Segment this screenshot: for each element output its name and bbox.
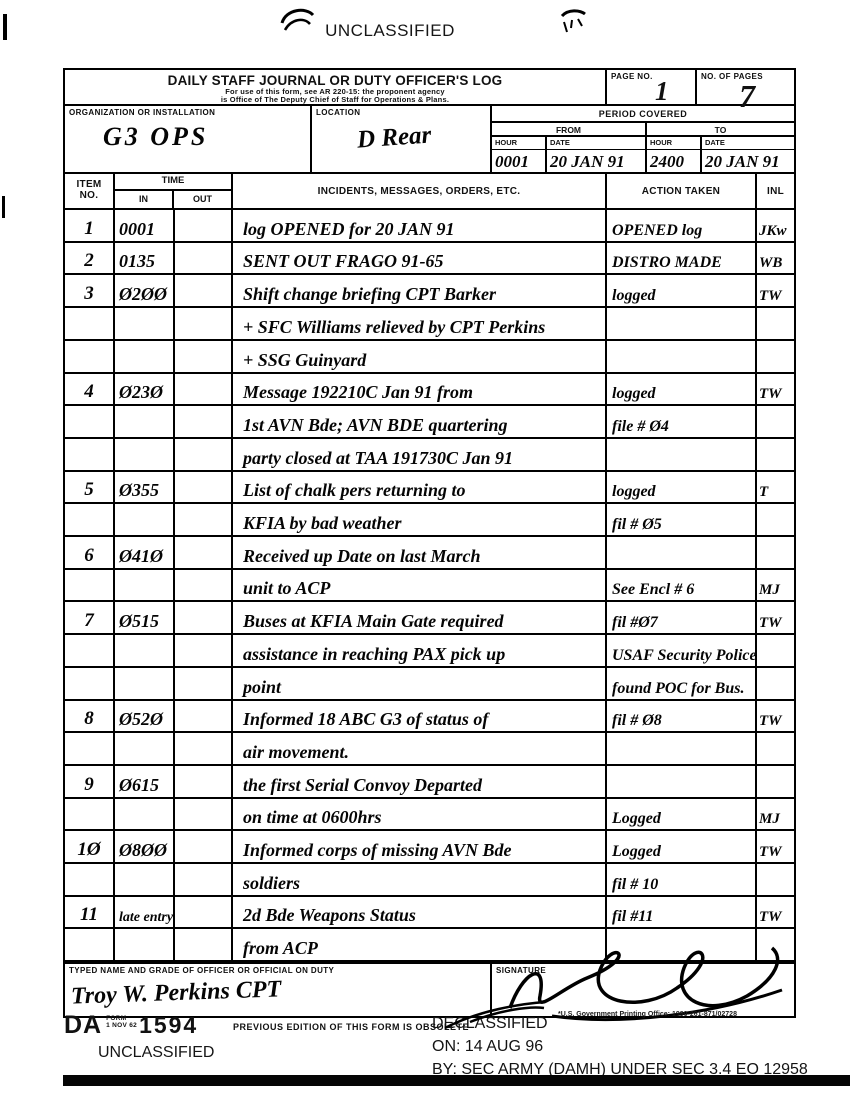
from-hour-label: HOUR <box>492 137 545 150</box>
classification-footer: UNCLASSIFIED <box>98 1044 214 1062</box>
declass-line-2: ON: 14 AUG 96 <box>432 1035 808 1058</box>
log-line: 3Ø2ØØShift change briefing CPT Barkerlog… <box>65 275 794 308</box>
log-cell-incident: 1st AVN Bde; AVN BDE quartering <box>233 406 607 437</box>
log-cell-out <box>175 733 233 764</box>
log-cell-item: 1Ø <box>65 831 115 862</box>
log-cell-action <box>607 341 757 372</box>
typed-name-value: Troy W. Perkins CPT <box>71 976 282 1010</box>
form-title-block: DAILY STAFF JOURNAL OR DUTY OFFICER'S LO… <box>65 70 607 106</box>
log-cell-incident: Buses at KFIA Main Gate required <box>233 602 607 633</box>
column-header-time: TIME IN OUT <box>115 174 233 210</box>
no-of-pages-value: 7 <box>739 78 755 115</box>
scan-bar-bottom <box>63 1075 850 1086</box>
log-cell-action <box>607 308 757 339</box>
organization-value: G3 OPS <box>103 122 208 152</box>
log-cell-in <box>115 733 175 764</box>
log-line: 4Ø23ØMessage 192210C Jan 91 fromloggedTW <box>65 374 794 407</box>
log-cell-out <box>175 439 233 470</box>
classification-header: UNCLASSIFIED <box>0 21 780 41</box>
log-cell-incident: air movement. <box>233 733 607 764</box>
log-line: pointfound POC for Bus. <box>65 668 794 701</box>
form-subtitle-2: is Office of The Deputy Chief of Staff f… <box>65 96 605 104</box>
log-cell-incident: on time at 0600hrs <box>233 799 607 830</box>
log-cell-out <box>175 570 233 601</box>
log-cell-inl: MJ <box>757 799 794 830</box>
column-header-inl: INL <box>757 174 794 210</box>
log-cell-incident: soldiers <box>233 864 607 895</box>
log-cell-in <box>115 864 175 895</box>
log-cell-item <box>65 504 115 535</box>
to-date-value: 20 JAN 91 <box>702 150 794 172</box>
log-cell-action: Logged <box>607 799 757 830</box>
log-line: assistance in reaching PAX pick upUSAF S… <box>65 635 794 668</box>
log-cell-in: late entry <box>115 897 175 928</box>
log-cell-out <box>175 799 233 830</box>
log-cell-action: fil # 10 <box>607 864 757 895</box>
log-line: + SFC Williams relieved by CPT Perkins <box>65 308 794 341</box>
log-cell-incident: party closed at TAA 191730C Jan 91 <box>233 439 607 470</box>
log-line: 20135SENT OUT FRAGO 91-65DISTRO MADEWB <box>65 243 794 276</box>
form-title-row: DAILY STAFF JOURNAL OR DUTY OFFICER'S LO… <box>65 70 794 106</box>
log-cell-out <box>175 341 233 372</box>
log-cell-inl <box>757 537 794 568</box>
log-cell-in <box>115 635 175 666</box>
log-cell-in: Ø2ØØ <box>115 275 175 306</box>
time-out-label: OUT <box>174 191 231 208</box>
location-value: D Rear <box>356 121 432 154</box>
page-no-label: PAGE NO. <box>607 70 695 81</box>
log-cell-out <box>175 668 233 699</box>
log-cell-item: 9 <box>65 766 115 797</box>
form-header-row: ORGANIZATION OR INSTALLATION G3 OPS LOCA… <box>65 106 794 174</box>
log-cell-inl: JKw <box>757 210 794 241</box>
log-cell-action: See Encl # 6 <box>607 570 757 601</box>
form-id-prefix: DA <box>64 1011 102 1040</box>
log-line: soldiersfil # 10 <box>65 864 794 897</box>
log-cell-in <box>115 799 175 830</box>
organization-label: ORGANIZATION OR INSTALLATION <box>65 106 310 117</box>
log-line: on time at 0600hrsLoggedMJ <box>65 799 794 832</box>
log-cell-out <box>175 635 233 666</box>
log-cell-item <box>65 929 115 960</box>
log-cell-in <box>115 504 175 535</box>
log-cell-out <box>175 472 233 503</box>
log-cell-in <box>115 439 175 470</box>
column-header-incidents: INCIDENTS, MESSAGES, ORDERS, ETC. <box>233 174 607 210</box>
log-cell-inl <box>757 308 794 339</box>
log-cell-action: found POC for Bus. <box>607 668 757 699</box>
log-cell-inl: TW <box>757 374 794 405</box>
from-date-label: DATE <box>547 137 645 150</box>
log-cell-out <box>175 243 233 274</box>
log-cell-item <box>65 635 115 666</box>
log-cell-item: 5 <box>65 472 115 503</box>
log-cell-action: DISTRO MADE <box>607 243 757 274</box>
log-cell-out <box>175 602 233 633</box>
log-cell-in: 0001 <box>115 210 175 241</box>
log-cell-incident: point <box>233 668 607 699</box>
log-cell-item: 11 <box>65 897 115 928</box>
log-cell-in: Ø515 <box>115 602 175 633</box>
log-cell-incident: unit to ACP <box>233 570 607 601</box>
log-cell-item: 3 <box>65 275 115 306</box>
log-line: + SSG Guinyard <box>65 341 794 374</box>
log-cell-inl <box>757 504 794 535</box>
log-cell-action: fil # Ø8 <box>607 701 757 732</box>
log-cell-out <box>175 929 233 960</box>
location-label: LOCATION <box>312 106 490 117</box>
log-cell-incident: the first Serial Convoy Departed <box>233 766 607 797</box>
page-no-value: 1 <box>655 76 669 107</box>
form-id-block: DA FORM 1 NOV 62 1594 <box>64 1011 198 1040</box>
log-cell-inl <box>757 406 794 437</box>
log-cell-in <box>115 341 175 372</box>
log-line: unit to ACPSee Encl # 6MJ <box>65 570 794 603</box>
no-of-pages-box: NO. OF PAGES 7 <box>697 70 794 106</box>
location-box: LOCATION D Rear <box>312 106 492 174</box>
log-cell-item <box>65 864 115 895</box>
form-title: DAILY STAFF JOURNAL OR DUTY OFFICER'S LO… <box>65 73 605 88</box>
log-cell-item <box>65 799 115 830</box>
from-date-value: 20 JAN 91 <box>547 150 645 172</box>
log-cell-inl <box>757 439 794 470</box>
log-cell-out <box>175 275 233 306</box>
log-cell-inl <box>757 864 794 895</box>
log-line: 1st AVN Bde; AVN BDE quarteringfile # Ø4 <box>65 406 794 439</box>
log-line: 6Ø41ØReceived up Date on last March <box>65 537 794 570</box>
log-cell-incident: assistance in reaching PAX pick up <box>233 635 607 666</box>
log-line: air movement. <box>65 733 794 766</box>
log-cell-in: Ø41Ø <box>115 537 175 568</box>
log-cell-inl: T <box>757 472 794 503</box>
log-cell-out <box>175 374 233 405</box>
log-line: 10001log OPENED for 20 JAN 91OPENED logJ… <box>65 210 794 243</box>
log-cell-out <box>175 504 233 535</box>
log-cell-out <box>175 537 233 568</box>
log-cell-in: 0135 <box>115 243 175 274</box>
log-cell-action <box>607 439 757 470</box>
log-cell-item <box>65 668 115 699</box>
log-cell-incident: Informed corps of missing AVN Bde <box>233 831 607 862</box>
log-cell-action <box>607 733 757 764</box>
organization-box: ORGANIZATION OR INSTALLATION G3 OPS <box>65 106 312 174</box>
da-form-1594: DAILY STAFF JOURNAL OR DUTY OFFICER'S LO… <box>63 68 796 1018</box>
log-cell-inl <box>757 341 794 372</box>
page-no-box: PAGE NO. 1 <box>607 70 697 106</box>
log-cell-in <box>115 668 175 699</box>
log-cell-action: fil #Ø7 <box>607 602 757 633</box>
log-cell-item <box>65 733 115 764</box>
log-cell-item <box>65 308 115 339</box>
log-column-headers: ITEM NO. TIME IN OUT INCIDENTS, MESSAGES… <box>65 174 794 210</box>
to-hour-label: HOUR <box>647 137 700 150</box>
form-id-edition: FORM 1 NOV 62 <box>106 1015 137 1029</box>
log-cell-incident: Received up Date on last March <box>233 537 607 568</box>
log-cell-incident: log OPENED for 20 JAN 91 <box>233 210 607 241</box>
log-cell-action: OPENED log <box>607 210 757 241</box>
log-cell-out <box>175 897 233 928</box>
log-cell-inl <box>757 635 794 666</box>
log-cell-in: Ø355 <box>115 472 175 503</box>
log-line: 5Ø355List of chalk pers returning tologg… <box>65 472 794 505</box>
log-cell-item: 4 <box>65 374 115 405</box>
log-cell-action: USAF Security Police <box>607 635 757 666</box>
log-cell-out <box>175 864 233 895</box>
log-line: party closed at TAA 191730C Jan 91 <box>65 439 794 472</box>
log-cell-incident: Shift change briefing CPT Barker <box>233 275 607 306</box>
log-cell-item <box>65 341 115 372</box>
log-cell-in: Ø23Ø <box>115 374 175 405</box>
log-cell-action: logged <box>607 472 757 503</box>
log-cell-incident: SENT OUT FRAGO 91-65 <box>233 243 607 274</box>
log-cell-incident: List of chalk pers returning to <box>233 472 607 503</box>
typed-name-box: TYPED NAME AND GRADE OF OFFICER OR OFFIC… <box>65 964 492 1016</box>
log-cell-inl <box>757 668 794 699</box>
log-cell-out <box>175 308 233 339</box>
log-cell-inl: WB <box>757 243 794 274</box>
log-cell-out <box>175 406 233 437</box>
log-cell-inl: MJ <box>757 570 794 601</box>
log-cell-in <box>115 929 175 960</box>
log-cell-inl: TW <box>757 602 794 633</box>
log-cell-incident: KFIA by bad weather <box>233 504 607 535</box>
scanned-document-page: UNCLASSIFIED DAILY STAFF JOURNAL OR DUTY… <box>0 0 850 1097</box>
log-cell-incident: + SSG Guinyard <box>233 341 607 372</box>
log-cell-action: file # Ø4 <box>607 406 757 437</box>
form-id-number: 1594 <box>139 1012 198 1039</box>
period-from-label: FROM <box>492 123 647 135</box>
scan-pen-flourish <box>440 1000 550 1030</box>
log-cell-item: 7 <box>65 602 115 633</box>
time-in-label: IN <box>115 191 174 208</box>
time-label: TIME <box>115 174 231 191</box>
scan-mark-left-mid <box>2 196 5 218</box>
log-cell-inl: TW <box>757 701 794 732</box>
log-lines: 10001log OPENED for 20 JAN 91OPENED logJ… <box>65 210 794 962</box>
log-cell-in: Ø8ØØ <box>115 831 175 862</box>
log-cell-item <box>65 439 115 470</box>
log-line: KFIA by bad weatherfil # Ø5 <box>65 504 794 537</box>
log-line: 1ØØ8ØØInformed corps of missing AVN BdeL… <box>65 831 794 864</box>
log-cell-inl <box>757 733 794 764</box>
log-cell-in: Ø615 <box>115 766 175 797</box>
log-cell-out <box>175 766 233 797</box>
log-cell-item: 6 <box>65 537 115 568</box>
log-cell-item: 1 <box>65 210 115 241</box>
log-line: 7Ø515Buses at KFIA Main Gate requiredfil… <box>65 602 794 635</box>
log-cell-action: logged <box>607 275 757 306</box>
log-cell-out <box>175 701 233 732</box>
period-to-label: TO <box>647 123 794 135</box>
to-hour-value: 2400 <box>647 150 700 172</box>
log-cell-incident: Informed 18 ABC G3 of status of <box>233 701 607 732</box>
log-cell-in <box>115 406 175 437</box>
to-date-label: DATE <box>702 137 794 150</box>
typed-name-label: TYPED NAME AND GRADE OF OFFICER OR OFFIC… <box>65 964 490 975</box>
log-cell-item <box>65 406 115 437</box>
log-cell-inl: TW <box>757 275 794 306</box>
log-cell-action: logged <box>607 374 757 405</box>
log-cell-incident: + SFC Williams relieved by CPT Perkins <box>233 308 607 339</box>
log-cell-inl: TW <box>757 831 794 862</box>
log-line: 8Ø52ØInformed 18 ABC G3 of status offil … <box>65 701 794 734</box>
log-cell-in <box>115 570 175 601</box>
period-covered-box: PERIOD COVERED FROM TO HOUR 0001 DATE 20… <box>492 106 794 174</box>
form-footer-row: TYPED NAME AND GRADE OF OFFICER OR OFFIC… <box>65 962 794 1016</box>
log-cell-incident: Message 192210C Jan 91 from <box>233 374 607 405</box>
log-cell-inl <box>757 766 794 797</box>
column-header-item: ITEM NO. <box>65 174 115 210</box>
log-cell-action: Logged <box>607 831 757 862</box>
log-cell-out <box>175 210 233 241</box>
log-cell-action <box>607 766 757 797</box>
log-cell-item: 2 <box>65 243 115 274</box>
log-line: 9Ø615the first Serial Convoy Departed <box>65 766 794 799</box>
log-cell-item: 8 <box>65 701 115 732</box>
log-cell-out <box>175 831 233 862</box>
from-hour-value: 0001 <box>492 150 545 172</box>
log-cell-action <box>607 537 757 568</box>
log-cell-item <box>65 570 115 601</box>
log-cell-in: Ø52Ø <box>115 701 175 732</box>
column-header-action: ACTION TAKEN <box>607 174 757 210</box>
log-cell-in <box>115 308 175 339</box>
log-cell-action: fil # Ø5 <box>607 504 757 535</box>
